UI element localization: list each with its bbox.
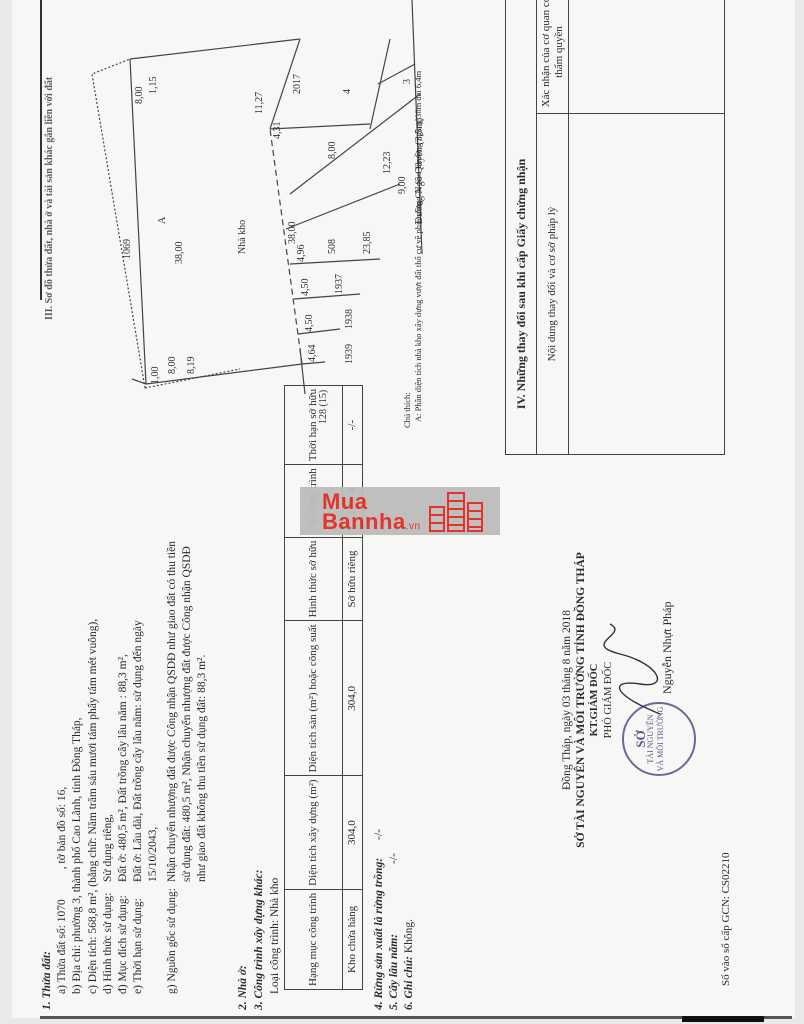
issuing-agency: SỞ TÀI NGUYÊN VÀ MÔI TRƯỜNG TỈNH ĐỒNG TH… <box>574 500 588 900</box>
td-build-area: 304,0 <box>343 776 363 889</box>
construction-type: Loại công trình: Nhà kho <box>268 878 283 994</box>
td-floor-area: 304,0 <box>343 621 363 776</box>
td-item: Kho chứa hàng <box>343 889 363 989</box>
label-1937: 1937 <box>334 274 345 294</box>
building-icon <box>428 489 488 533</box>
label-38a: 38,00 <box>174 242 185 265</box>
section5-title: 5. Cây lâu năm: <box>388 934 400 1010</box>
construction-table-wrap: Hạng mục công trình Diện tích xây dựng (… <box>284 385 363 990</box>
map-sheet: , tờ bản đồ số: 16, <box>56 787 68 869</box>
changes-col-approval: Xác nhận của cơ quan có thẩm quyền <box>540 0 566 112</box>
th-ownership: Hình thức sở hữu <box>285 537 343 621</box>
section6-title: 6. Ghi chú: <box>403 956 415 1010</box>
sections-4-6: 4. Rừng sản xuất là rừng trồng:-/- 5. Câ… <box>372 829 418 1010</box>
changes-table: IV. Những thay đổi sau khi cấp Giấy chứn… <box>505 0 725 455</box>
section3-header: III. Sơ đồ thửa đất, nhà ở và tài sản kh… <box>44 77 55 320</box>
label-1938: 1938 <box>344 309 355 329</box>
label-38b: 38,00 <box>287 222 298 245</box>
section5-value: -/- <box>388 853 400 864</box>
label-1069: 1069 <box>122 239 133 259</box>
origin-value-2: sử dụng đất: 480,5 m², Nhận chuyển nhượn… <box>181 546 193 882</box>
label-431: 4,31 <box>272 122 283 140</box>
watermark-logo: Mua Bannha.vn <box>300 487 500 535</box>
label-450a: 4,50 <box>304 315 315 333</box>
label-115: 1,15 <box>148 77 159 95</box>
th-item: Hạng mục công trình <box>285 889 343 989</box>
signer-name: Nguyễn Nhựt Pháp <box>660 602 675 695</box>
th-build-area: Diện tích xây dựng (m²) <box>285 776 343 889</box>
usage-form-label: d) Hình thức sử dụng: <box>101 882 116 994</box>
usage-purpose-label: đ) Mục đích sử dụng: <box>116 882 131 994</box>
section4-value: -/- <box>373 829 385 840</box>
address: b) Địa chỉ: phường 3, thành phố Cao Lãnh… <box>70 541 85 994</box>
watermark-brand: Bannha <box>322 509 406 534</box>
label-100: 1,00 <box>150 367 161 385</box>
label-450b: 4,50 <box>300 279 311 297</box>
label-2017: 2017 <box>292 74 303 94</box>
registry-number: Số vào sổ cấp GCN: CS02210 <box>720 852 732 986</box>
section1-title: 1. Thửa đất: <box>40 541 55 1010</box>
usage-term-date: 15/10/2043, <box>147 827 159 882</box>
section1-block: 1. Thửa đất: a) Thửa đất số: 1070, tờ bả… <box>40 541 210 1010</box>
label-8b: 8,00 <box>134 87 145 105</box>
label-464: 4,64 <box>307 345 318 363</box>
watermark-suffix: .vn <box>406 521 421 532</box>
certificate-page: III. Sơ đồ thửa đất, nhà ở và tài sản kh… <box>0 0 795 1018</box>
parcel-diagram: 1069 A 38,00 Nhà kho 38,00 8,00 8,19 1,0… <box>90 0 430 424</box>
label-area-a: A <box>157 216 168 224</box>
note-title: Chú thích: <box>402 71 413 428</box>
usage-term-value: Đất ở: Lâu dài, Đất trồng cây lâu năm: s… <box>132 620 144 882</box>
label-496: 4,96 <box>296 245 307 263</box>
place-date: Đồng Tháp, ngày 03 tháng 8 năm 2018 <box>560 500 574 900</box>
origin-label: g) Nguồn gốc sử dụng: <box>165 882 180 994</box>
origin-value-3: như giao đất không thu tiền sử dụng đất:… <box>196 655 208 882</box>
section3-title: 3. Công trình xây dựng khác: <box>252 870 267 1010</box>
construction-table: Hạng mục công trình Diện tích xây dựng (… <box>284 385 363 990</box>
section2-title: 2. Nhà ở: <box>236 965 251 1010</box>
watermark-line2: Bannha.vn <box>322 512 421 537</box>
section6-value: Không. <box>403 919 415 953</box>
label-1127: 11,27 <box>254 92 265 114</box>
td-ownership: Sở hữu riêng <box>343 537 363 621</box>
label-8a: 8,00 <box>167 357 178 375</box>
label-8c: 8,00 <box>327 142 338 160</box>
label-warehouse: Nhà kho <box>237 220 248 254</box>
th-floor-area: Diện tích sàn (m²) hoặc công suất <box>285 621 343 776</box>
changes-title: IV. Những thay đổi sau khi cấp Giấy chứn… <box>506 114 536 454</box>
area: c) Diện tích: 568,8 m², (bằng chữ: Năm t… <box>86 541 101 994</box>
label-819: 8,19 <box>186 357 197 375</box>
usage-form-value: Sử dụng riêng, <box>102 814 114 882</box>
label-1939: 1939 <box>344 344 355 364</box>
parcel-number: a) Thửa đất số: 1070 <box>56 899 68 994</box>
section4-title: 4. Rừng sản xuất là rừng trồng: <box>373 858 385 1010</box>
note-text: A: Phần diện tích nhà kho xây dựng vượt … <box>413 71 424 428</box>
usage-term-label: e) Thời hạn sử dụng: <box>131 882 146 994</box>
diagram-note: Chú thích: A: Phần diện tích nhà kho xây… <box>402 71 424 428</box>
changes-col-content: Nội dung thay đổi và cơ sở pháp lý <box>536 114 568 454</box>
usage-purpose-value: Đất ở: 480,5 m², Đất trồng cây lâu năm :… <box>117 654 129 882</box>
origin-value-1: Nhận chuyển nhượng đất được Công nhận QS… <box>166 541 178 882</box>
label-2385: 23,85 <box>362 232 373 255</box>
label-4: 4 <box>342 89 353 94</box>
label-1223: 12,23 <box>382 152 393 175</box>
label-128: 128 (15) <box>318 390 329 424</box>
label-508: 508 <box>327 239 338 254</box>
